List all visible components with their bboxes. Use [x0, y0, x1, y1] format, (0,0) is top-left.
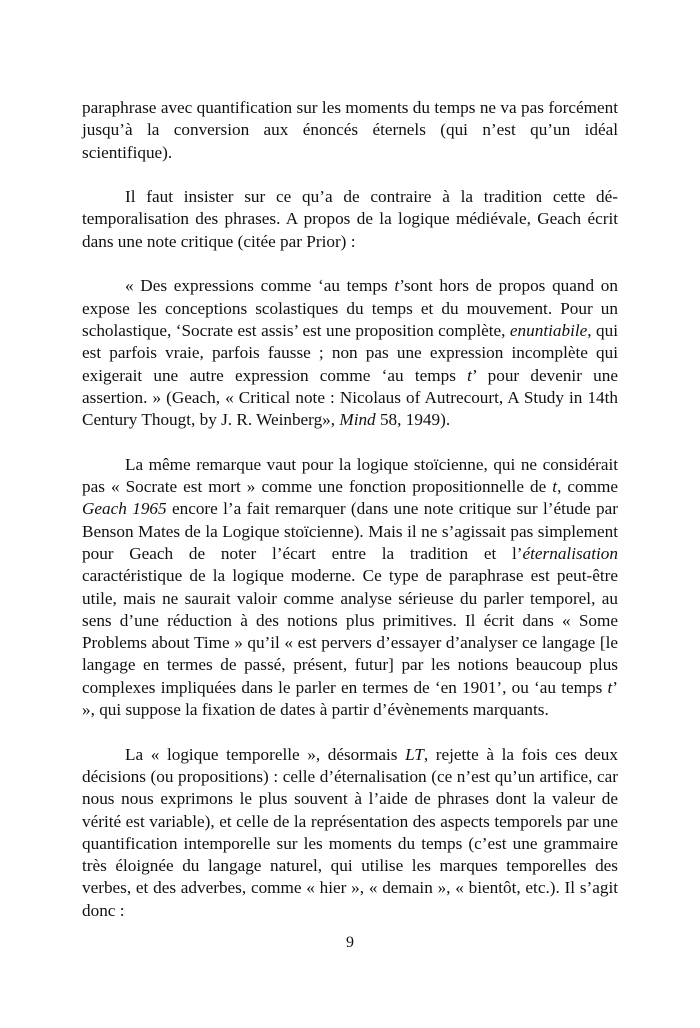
italic-text-run: enuntiabile	[510, 321, 587, 340]
italic-text-run: LT	[405, 745, 424, 764]
quote-geach-critical-note: « Des expressions comme ‘au temps t’sont…	[82, 275, 618, 431]
page-number: 9	[0, 934, 700, 952]
text-run: La même remarque vaut pour la logique st…	[82, 455, 618, 496]
paragraph-continuation: paraphrase avec quantification sur les m…	[82, 97, 618, 164]
text-run: 58, 1949).	[376, 410, 450, 429]
text-run: , comme	[557, 477, 618, 496]
paragraph-temporal-logic: La « logique temporelle », désormais LT,…	[82, 744, 618, 922]
text-run: « Des expressions comme ‘au temps	[125, 276, 394, 295]
text-run: , rejette à la fois ces deux décisions (…	[82, 745, 618, 920]
text-run: La « logique temporelle », désormais	[125, 745, 405, 764]
paragraph-detemporalisation: Il faut insister sur ce qu’a de contrair…	[82, 186, 618, 253]
italic-text-run: Geach 1965	[82, 499, 167, 518]
italic-text-run: Mind	[339, 410, 375, 429]
text-run: caractéristique de la logique moderne. C…	[82, 566, 618, 696]
paragraph-stoic-logic: La même remarque vaut pour la logique st…	[82, 454, 618, 722]
text-run: Il faut insister sur ce qu’a de contrair…	[82, 187, 618, 251]
text-run: paraphrase avec quantification sur les m…	[82, 98, 618, 162]
page-body: paraphrase avec quantification sur les m…	[82, 97, 618, 944]
italic-text-run: éternalisation	[523, 544, 618, 563]
